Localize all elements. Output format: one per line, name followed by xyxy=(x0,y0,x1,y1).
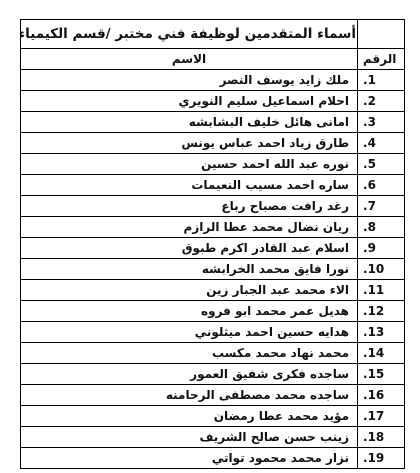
applicant-name: اسلام عبد القادر اكرم طبوق xyxy=(21,238,358,259)
column-header-name: الاسم xyxy=(21,49,358,70)
header-row: الرقم الاسم xyxy=(21,49,405,70)
table-row: 13.هدايه حسين احمد ميثلوني xyxy=(21,322,405,343)
table-row: 17.مؤيد محمد عطا رمضان xyxy=(21,406,405,427)
row-number: 4. xyxy=(358,133,405,154)
row-number: 15. xyxy=(358,364,405,385)
applicant-name: ريان نضال محمد عطا الرازم xyxy=(21,217,358,238)
row-number: 17. xyxy=(358,406,405,427)
table-row: 1.ملك زايد يوسف النصر xyxy=(21,70,405,91)
table-row: 19.نزار محمد محمود تواتي xyxy=(21,448,405,469)
applicant-name: رغد رافت مصباح رباع xyxy=(21,196,358,217)
row-number: 5. xyxy=(358,154,405,175)
row-number: 9. xyxy=(358,238,405,259)
applicant-name: ساره احمد مسيب النعيمات xyxy=(21,175,358,196)
applicant-name: ملك زايد يوسف النصر xyxy=(21,70,358,91)
column-header-number: الرقم xyxy=(358,49,405,70)
table-row: 18.زينب حسن صالح الشريف xyxy=(21,427,405,448)
row-number: 13. xyxy=(358,322,405,343)
row-number: 3. xyxy=(358,112,405,133)
applicant-name: محمد نهاد محمد مكسب xyxy=(21,343,358,364)
row-number: 11. xyxy=(358,280,405,301)
table-row: 6.ساره احمد مسيب النعيمات xyxy=(21,175,405,196)
document-page: أسماء المتقدمين لوظيفة فني مختبر /قسم ال… xyxy=(0,0,420,473)
table-row: 11.الاء محمد عبد الجبار زين xyxy=(21,280,405,301)
row-number: 14. xyxy=(358,343,405,364)
applicant-name: ساجده فكرى شفيق العمور xyxy=(21,364,358,385)
table-row: 15.ساجده فكرى شفيق العمور xyxy=(21,364,405,385)
row-number: 6. xyxy=(358,175,405,196)
row-number: 1. xyxy=(358,70,405,91)
applicant-name: امانى هائل خليف البشابشه xyxy=(21,112,358,133)
row-number: 2. xyxy=(358,91,405,112)
row-number: 12. xyxy=(358,301,405,322)
table-row: 5.نوره عبد الله احمد حسين xyxy=(21,154,405,175)
title-row-spacer xyxy=(358,20,405,49)
row-number: 7. xyxy=(358,196,405,217)
applicant-name: طارق زياد احمد عباس يونس xyxy=(21,133,358,154)
applicants-table: أسماء المتقدمين لوظيفة فني مختبر /قسم ال… xyxy=(20,19,405,469)
row-number: 18. xyxy=(358,427,405,448)
table-row: 9.اسلام عبد القادر اكرم طبوق xyxy=(21,238,405,259)
table-row: 4.طارق زياد احمد عباس يونس xyxy=(21,133,405,154)
table-row: 8.ريان نضال محمد عطا الرازم xyxy=(21,217,405,238)
table-row: 10.نورا فايق محمد الخرابشه xyxy=(21,259,405,280)
table-row: 12.هديل عمر محمد ابو فروه xyxy=(21,301,405,322)
row-number: 10. xyxy=(358,259,405,280)
applicant-name: هديل عمر محمد ابو فروه xyxy=(21,301,358,322)
title-row: أسماء المتقدمين لوظيفة فني مختبر /قسم ال… xyxy=(21,20,405,49)
applicant-name: زينب حسن صالح الشريف xyxy=(21,427,358,448)
row-number: 8. xyxy=(358,217,405,238)
applicant-name: ساجده محمد مصطفى الرحامنه xyxy=(21,385,358,406)
applicant-name: احلام اسماعيل سليم النويري xyxy=(21,91,358,112)
row-number: 16. xyxy=(358,385,405,406)
table-row: 3.امانى هائل خليف البشابشه xyxy=(21,112,405,133)
applicant-name: الاء محمد عبد الجبار زين xyxy=(21,280,358,301)
applicant-name: نوره عبد الله احمد حسين xyxy=(21,154,358,175)
applicant-name: هدايه حسين احمد ميثلوني xyxy=(21,322,358,343)
applicant-name: مؤيد محمد عطا رمضان xyxy=(21,406,358,427)
applicant-name: نزار محمد محمود تواتي xyxy=(21,448,358,469)
table-row: 2.احلام اسماعيل سليم النويري xyxy=(21,91,405,112)
applicant-name: نورا فايق محمد الخرابشه xyxy=(21,259,358,280)
applicants-tbody: أسماء المتقدمين لوظيفة فني مختبر /قسم ال… xyxy=(21,20,405,469)
table-row: 14.محمد نهاد محمد مكسب xyxy=(21,343,405,364)
table-title: أسماء المتقدمين لوظيفة فني مختبر /قسم ال… xyxy=(21,20,358,49)
table-row: 16.ساجده محمد مصطفى الرحامنه xyxy=(21,385,405,406)
table-row: 7.رغد رافت مصباح رباع xyxy=(21,196,405,217)
row-number: 19. xyxy=(358,448,405,469)
